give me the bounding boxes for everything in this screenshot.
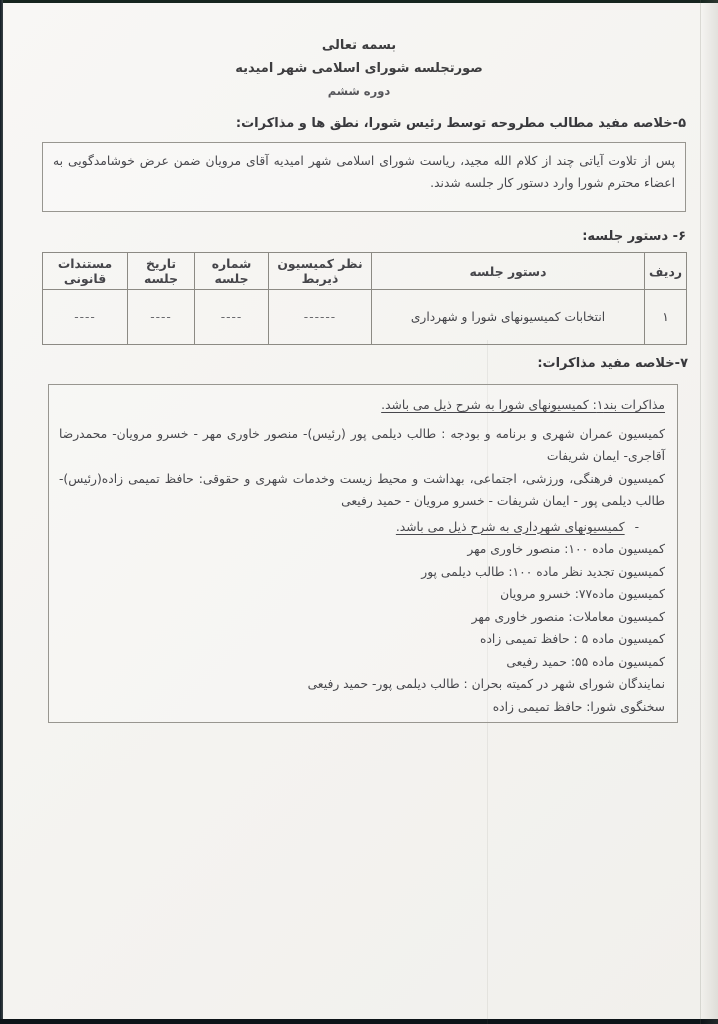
council-commission-line: کمیسیون فرهنگی، ورزشی، اجتماعی، بهداشت و…	[59, 468, 665, 513]
col-header-agenda-item: دستور جلسه	[372, 253, 645, 290]
section5-summary-box: پس از تلاوت آیاتی چند از کلام الله مجید،…	[42, 142, 686, 212]
section5-body-text: پس از تلاوت آیاتی چند از کلام الله مجید،…	[53, 150, 675, 194]
municipal-commission-line: کمیسیون ماده ۵۵: حمید رفیعی	[59, 651, 665, 674]
cell-session-number: ----	[195, 290, 269, 345]
cell-row-number: ۱	[645, 290, 687, 345]
cell-agenda-item: انتخابات کمیسیونهای شورا و شهرداری	[372, 290, 645, 345]
section7-minutes-box: مذاکرات بند۱: کمیسیونهای شورا به شرح ذیل…	[48, 384, 678, 723]
col-header-session-date: تاریخ جلسه	[128, 253, 195, 290]
municipal-commission-line: کمیسیون ماده۷۷: خسرو مرویان	[59, 583, 665, 606]
council-spokesman-line: سخنگوی شورا: حافظ تمیمی زاده	[59, 696, 665, 719]
cell-legal-documents: ----	[43, 290, 128, 345]
list-dash: -	[635, 520, 639, 534]
agenda-table-data-row: ۱ انتخابات کمیسیونهای شورا و شهرداری ---…	[43, 290, 687, 345]
section7-heading: ۷-خلاصه مفید مذاکرات:	[537, 356, 688, 371]
council-commission-line: کمیسیون عمران شهری و برنامه و بودجه : طا…	[59, 423, 665, 468]
scanned-document-page: بسمه تعالی صورتجلسه شورای اسلامی شهر امی…	[0, 0, 718, 1024]
municipal-commissions-intro-underlined: کمیسیونهای شهرداری به شرح ذیل می باشد.	[396, 520, 625, 534]
document-title: صورتجلسه شورای اسلامی شهر امیدیه	[0, 57, 718, 80]
col-header-row-number: ردیف	[645, 253, 687, 290]
minutes-intro-line: مذاکرات بند۱: کمیسیونهای شورا به شرح ذیل…	[59, 394, 665, 417]
section6-heading: ۶- دستور جلسه:	[582, 229, 686, 244]
municipal-commission-line: کمیسیون ماده ۱۰۰: منصور خاوری مهر	[59, 538, 665, 561]
cell-session-date: ----	[128, 290, 195, 345]
cell-commission-opinion: ------	[269, 290, 372, 345]
scan-edge-left	[0, 0, 3, 1024]
municipal-commissions-intro-line: - کمیسیونهای شهرداری به شرح ذیل می باشد.	[59, 516, 665, 539]
scan-edge-bottom	[0, 1019, 718, 1024]
col-header-legal-documents: مستندات قانونی	[43, 253, 128, 290]
col-header-session-number: شماره جلسه	[195, 253, 269, 290]
minutes-intro-underlined: مذاکرات بند۱: کمیسیونهای شورا به شرح ذیل…	[381, 398, 665, 412]
municipal-commission-line: کمیسیون تجدید نظر ماده ۱۰۰: طالب دیلمی پ…	[59, 561, 665, 584]
document-header: بسمه تعالی صورتجلسه شورای اسلامی شهر امی…	[0, 34, 718, 103]
municipal-commission-line: کمیسیون معاملات: منصور خاوری مهر	[59, 606, 665, 629]
crisis-committee-representatives-line: نمایندگان شورای شهر در کمیته بحران : طال…	[59, 673, 665, 696]
scan-edge-top	[0, 0, 718, 3]
municipal-commission-line: کمیسیون ماده ۵ : حافظ تمیمی زاده	[59, 628, 665, 651]
col-header-commission-opinion: نظر کمیسیون ذیربط	[269, 253, 372, 290]
agenda-table-header-row: ردیف دستور جلسه نظر کمیسیون ذیربط شماره …	[43, 253, 687, 290]
bismillah-line: بسمه تعالی	[0, 34, 718, 57]
section5-heading: ۵-خلاصه مفید مطالب مطروحه توسط رئیس شورا…	[236, 116, 686, 131]
scan-shadow-right	[701, 0, 718, 1024]
council-term: دوره ششم	[0, 80, 718, 103]
agenda-table: ردیف دستور جلسه نظر کمیسیون ذیربط شماره …	[42, 252, 687, 345]
